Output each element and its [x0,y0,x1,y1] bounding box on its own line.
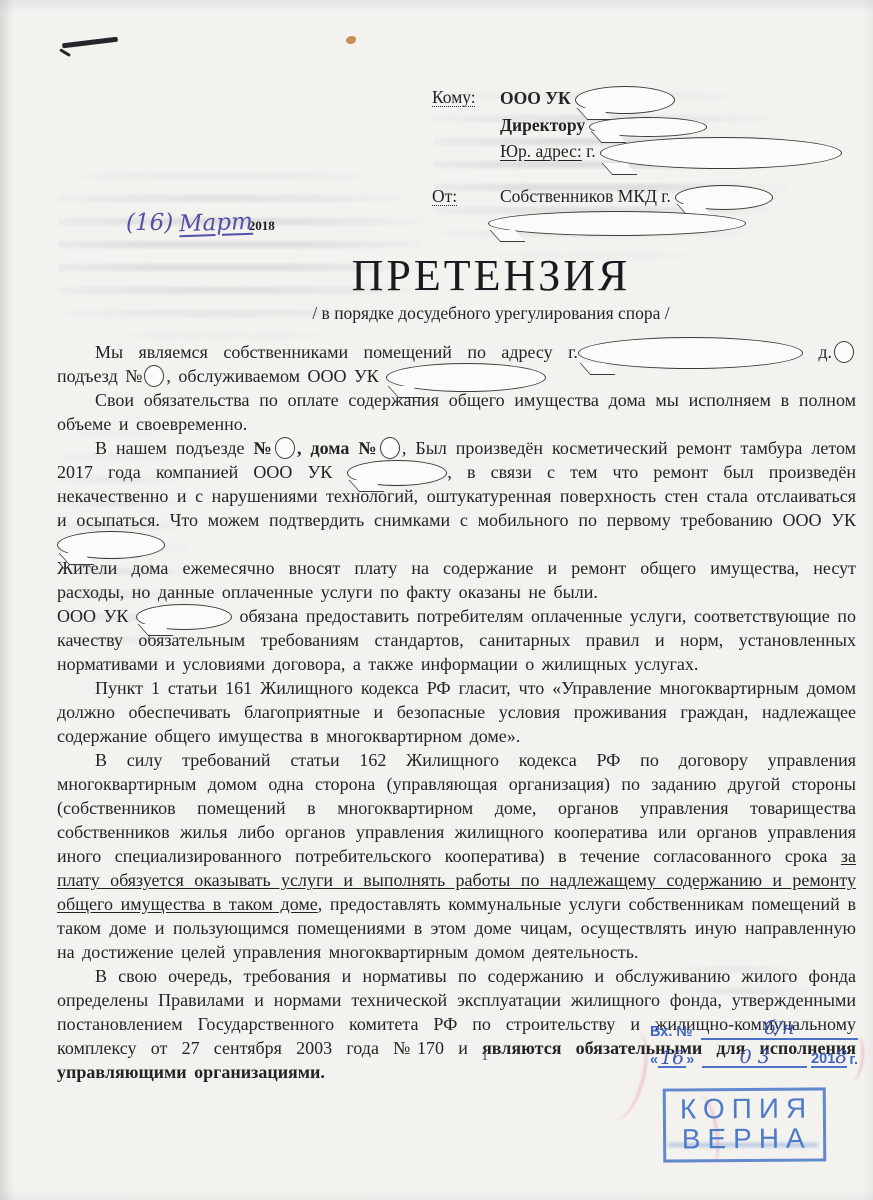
redaction-bubble-uk4 [136,604,232,630]
redaction-bubble-director [589,117,707,137]
incoming-year-handwritten: 8 [835,1046,847,1068]
paragraph-payments: Свои обязательства по оплате содержания … [57,388,856,436]
paragraph-ownership: Мы являемся собственниками помещений по … [57,340,856,388]
copy-verified-stamp: КОПИЯ ВЕРНА [663,1087,827,1163]
quote-close: » [686,1052,694,1068]
to-label: Кому: [432,86,500,109]
paragraph-article162: В силу требований статьи 162 Жилищного к… [57,748,856,964]
copy-stamp-line1: КОПИЯ [680,1094,813,1125]
addressee-block: Кому: ООО УК Директору Юр. адрес: г. От:… [432,86,862,236]
paragraph-residents: Жители дома ежемесячно вносят плату на с… [57,556,856,604]
document-body: Мы являемся собственниками помещений по … [57,340,856,1084]
document-subtitle: / в порядке досудебного урегулирования с… [110,303,872,324]
incoming-number-label: Вх. № [650,1024,693,1040]
incoming-year-printed: 201 [811,1051,835,1067]
paragraph-article161: Пункт 1 статьи 161 Жилищного кодекса РФ … [57,676,856,748]
redaction-circle-house [834,341,854,363]
redaction-bubble-address [600,137,842,169]
to-row: Кому: ООО УК Директору Юр. адрес: г. [432,86,862,169]
from-label: От: [432,185,500,208]
incoming-year-suffix: г. [849,1052,858,1068]
document-title: ПРЕТЕНЗИЯ [110,250,872,301]
redaction-circle-entrance [144,365,164,387]
incoming-registration-stamp: Вх. № б/н «16» 0 3 2018 г. [650,1020,858,1068]
redaction-bubble-uk1 [386,363,546,392]
scanned-claim-document-page: Кому: ООО УК Директору Юр. адрес: г. От:… [0,0,873,1200]
handwritten-day: (16) [126,210,173,236]
redaction-circle-house2 [380,437,400,459]
orange-speck [346,36,356,44]
paragraph-repair: В нашем подъезде №, дома №, Был произвед… [57,436,856,556]
to-director: Директору [500,115,585,135]
title-block: ПРЕТЕНЗИЯ / в порядке досудебного урегул… [110,250,872,324]
to-company: ООО УК [500,88,571,108]
redaction-bubble-company [575,86,675,114]
quote-open: « [650,1052,658,1068]
redaction-bubble-address-body [578,337,803,369]
from-owners: Собственников МКД г. [500,186,671,206]
from-row: От: Собственников МКД г. [432,185,862,236]
legal-address-label: Юр. адрес: [500,141,582,161]
redaction-bubble-from-city [675,185,773,210]
page-number: 1 [481,1048,489,1065]
handwritten-month: Март [179,209,254,238]
handwritten-date: (16) Март2018 [126,210,275,236]
paragraph-obligation: ООО УК обязана предоставить потребителям… [57,604,856,676]
redaction-bubble-uk2 [347,460,447,486]
copy-stamp-line2: ВЕРНА [680,1124,813,1155]
redaction-bubble-from-street [488,211,746,236]
incoming-number-value: б/н [764,1017,795,1039]
incoming-day-value: 16 [660,1047,684,1069]
pen-scribble-mark [62,37,118,49]
legal-address-city: г. [586,141,596,161]
incoming-month-value: 0 3 [740,1046,770,1068]
redaction-circle-entrance2 [275,437,295,459]
